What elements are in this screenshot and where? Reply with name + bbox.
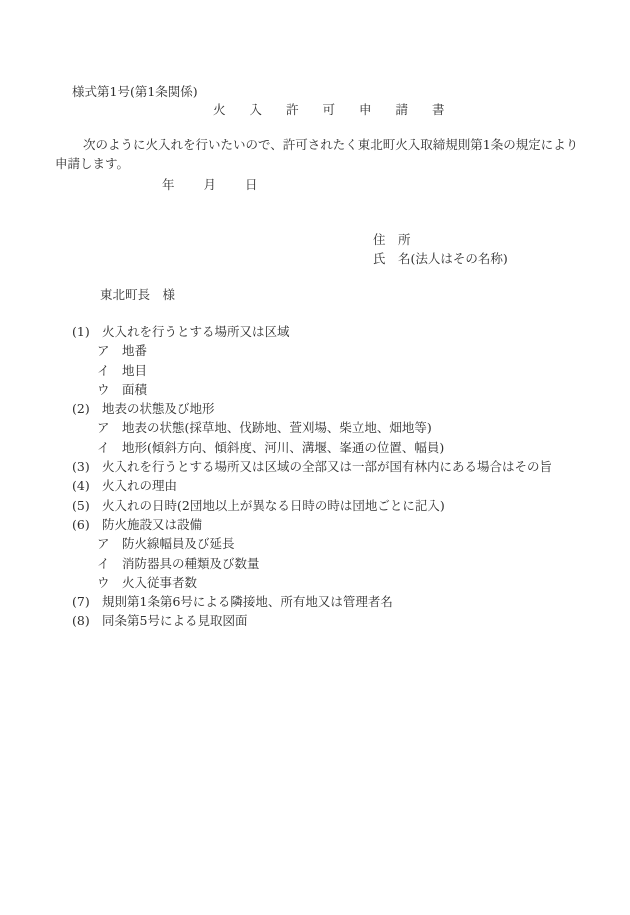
list-subitem-6a: ア防火線幅員及び延長 xyxy=(0,534,630,553)
subitem-text: 消防器具の種類及び数量 xyxy=(122,556,260,571)
list-subitem-1b: イ地目 xyxy=(0,361,630,380)
body-paragraph-line2: 申請します。 xyxy=(55,157,129,171)
subitem-text: 地形(傾斜方向、傾斜度、河川、溝堰、峯通の位置、幅員) xyxy=(122,440,444,455)
item-number: (5) xyxy=(72,496,102,515)
subitem-text: 地表の状態(採草地、伐跡地、萱刈場、柴立地、畑地等) xyxy=(122,420,432,435)
subitem-marker: ア xyxy=(97,534,122,553)
item-number: (6) xyxy=(72,515,102,534)
date-month-label: 月 xyxy=(204,178,217,192)
list-subitem-6b: イ消防器具の種類及び数量 xyxy=(0,554,630,573)
date-blank-line: 年 月 日 xyxy=(162,178,258,192)
body-paragraph-line1: 次のように火入れを行いたいので、許可されたく東北町火入取締規則第1条の規定により xyxy=(83,138,578,152)
date-day-label: 日 xyxy=(245,178,258,192)
subitem-text: 火入従事者数 xyxy=(122,575,197,590)
subitem-marker: ア xyxy=(97,418,122,437)
list-subitem-2b: イ地形(傾斜方向、傾斜度、河川、溝堰、峯通の位置、幅員) xyxy=(0,438,630,457)
list-item-4: (4)火入れの理由 xyxy=(0,476,630,495)
subitem-marker: ア xyxy=(97,341,122,360)
subitem-marker: イ xyxy=(97,361,122,380)
subitem-text: 地目 xyxy=(122,363,147,378)
list-item-8: (8)同条第5号による見取図面 xyxy=(0,611,630,630)
list-item-6: (6)防火施設又は設備 xyxy=(0,515,630,534)
subitem-marker: イ xyxy=(97,554,122,573)
item-number: (7) xyxy=(72,592,102,611)
list-subitem-2a: ア地表の状態(採草地、伐跡地、萱刈場、柴立地、畑地等) xyxy=(0,418,630,437)
item-text: 火入れの日時(2団地以上が異なる日時の時は団地ごとに記入) xyxy=(102,498,445,513)
subitem-text: 防火線幅員及び延長 xyxy=(122,536,235,551)
document-title: 火入許可申請書 xyxy=(213,103,469,117)
item-text: 地表の状態及び地形 xyxy=(102,401,215,416)
list-item-2: (2)地表の状態及び地形 xyxy=(0,399,630,418)
addressee-line: 東北町長 様 xyxy=(100,288,175,302)
subitem-marker: ウ xyxy=(97,573,122,592)
document-page: 様式第1号(第1条関係) 火入許可申請書 次のように火入れを行いたいので、許可さ… xyxy=(0,0,630,915)
item-text: 火入れの理由 xyxy=(102,478,177,493)
item-number: (8) xyxy=(72,611,102,630)
list-subitem-1c: ウ面積 xyxy=(0,380,630,399)
form-number-label: 様式第1号(第1条関係) xyxy=(72,85,198,99)
item-number: (2) xyxy=(72,399,102,418)
subitem-text: 面積 xyxy=(122,382,147,397)
item-text: 同条第5号による見取図面 xyxy=(102,613,247,628)
applicant-address-label: 住 所 xyxy=(373,233,411,247)
item-text: 火入れを行うとする場所又は区域の全部又は一部が国有林内にある場合はその旨 xyxy=(102,459,552,474)
subitem-marker: ウ xyxy=(97,380,122,399)
subitem-text: 地番 xyxy=(122,343,147,358)
numbered-item-list: (1)火入れを行うとする場所又は区域 ア地番 イ地目 ウ面積 (2)地表の状態及… xyxy=(0,322,630,631)
list-item-1: (1)火入れを行うとする場所又は区域 xyxy=(0,322,630,341)
item-text: 防火施設又は設備 xyxy=(102,517,202,532)
date-year-label: 年 xyxy=(162,178,175,192)
item-number: (4) xyxy=(72,476,102,495)
list-item-5: (5)火入れの日時(2団地以上が異なる日時の時は団地ごとに記入) xyxy=(0,496,630,515)
list-item-3: (3)火入れを行うとする場所又は区域の全部又は一部が国有林内にある場合はその旨 xyxy=(0,457,630,476)
list-item-7: (7)規則第1条第6号による隣接地、所有地又は管理者名 xyxy=(0,592,630,611)
item-text: 規則第1条第6号による隣接地、所有地又は管理者名 xyxy=(102,594,393,609)
list-subitem-1a: ア地番 xyxy=(0,341,630,360)
item-number: (3) xyxy=(72,457,102,476)
list-subitem-6c: ウ火入従事者数 xyxy=(0,573,630,592)
item-number: (1) xyxy=(72,322,102,341)
item-text: 火入れを行うとする場所又は区域 xyxy=(102,324,290,339)
subitem-marker: イ xyxy=(97,438,122,457)
applicant-name-label: 氏 名(法人はその名称) xyxy=(373,252,508,266)
